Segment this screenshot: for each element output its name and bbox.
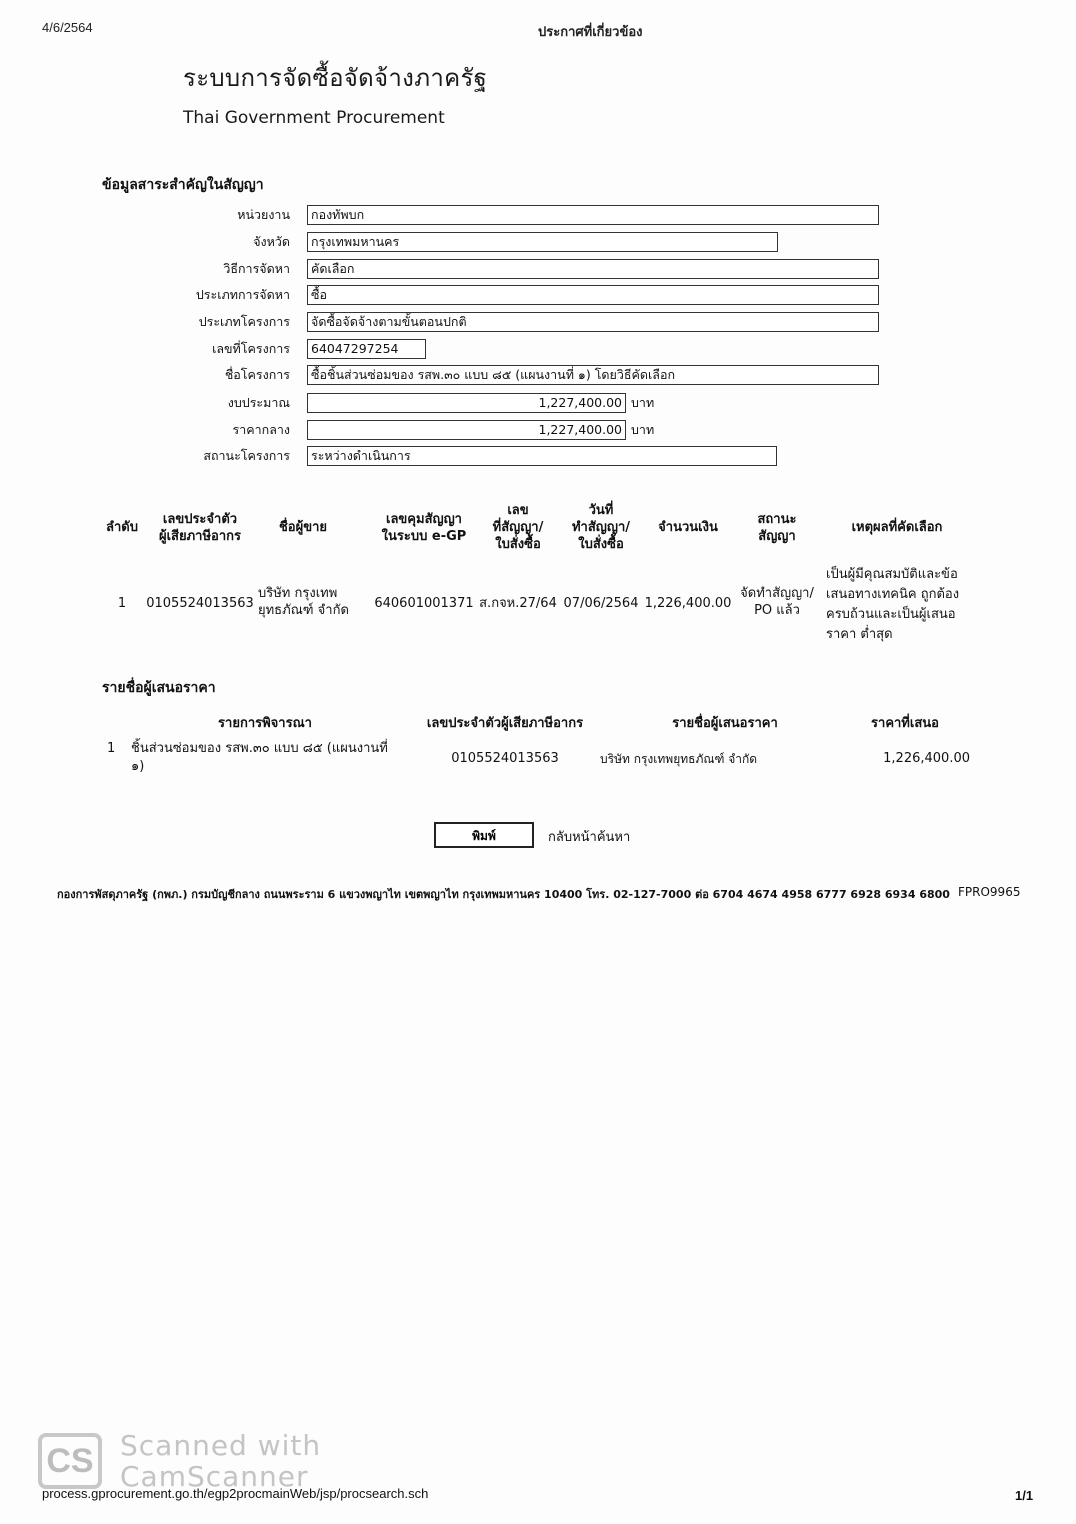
field-row: จังหวัดกรุงเทพมหานคร: [100, 231, 778, 253]
field-row: งบประมาณ1,227,400.00บาท: [100, 392, 654, 414]
award-cell-contract-date: 07/06/2564: [560, 595, 642, 612]
field-row: สถานะโครงการระหว่างดำเนินการ: [100, 445, 777, 467]
field-label: ชื่อโครงการ: [100, 365, 307, 385]
bidder-column-header: รายการพิจารณา: [180, 712, 350, 733]
award-cell-tax-id: 0105524013563: [144, 595, 256, 612]
field-value: ซื้อ: [307, 285, 879, 305]
field-label: จังหวัด: [100, 232, 307, 252]
award-column-header: จำนวนเงิน: [644, 519, 732, 536]
print-date: 4/6/2564: [42, 20, 93, 35]
field-value: จัดซื้อจัดจ้างตามขั้นตอนปกติ: [307, 312, 879, 332]
bidders-heading: รายชื่อผู้เสนอราคา: [102, 677, 216, 699]
award-column-header: เลขประจำตัว ผู้เสียภาษีอากร: [144, 511, 256, 545]
field-value: 1,227,400.00: [307, 393, 626, 413]
bidder-cell-price: 1,226,400.00: [820, 750, 970, 768]
field-label: วิธีการจัดหา: [100, 259, 307, 279]
bidder-cell-bidder: บริษัท กรุงเทพยุทธภัณฑ์ จำกัด: [600, 750, 800, 768]
page-url: process.gprocurement.go.th/egp2procmainW…: [42, 1486, 428, 1501]
field-label: สถานะโครงการ: [100, 446, 307, 466]
field-value: ระหว่างดำเนินการ: [307, 446, 777, 466]
field-label: หน่วยงาน: [100, 205, 307, 225]
field-row: วิธีการจัดหาคัดเลือก: [100, 258, 879, 280]
field-label: ประเภทการจัดหา: [100, 285, 307, 305]
currency-unit: บาท: [631, 420, 654, 440]
footer-address: กองการพัสดุภาครัฐ (กพภ.) กรมบัญชีกลาง ถน…: [57, 885, 950, 903]
print-button[interactable]: พิมพ์: [434, 822, 534, 848]
field-value: คัดเลือก: [307, 259, 879, 279]
field-row: เลขที่โครงการ64047297254: [100, 338, 426, 360]
currency-unit: บาท: [631, 393, 654, 413]
bidder-column-header: ราคาที่เสนอ: [850, 712, 960, 733]
field-label: ประเภทโครงการ: [100, 312, 307, 332]
award-cell-status: จัดทำสัญญา/ PO แล้ว: [736, 585, 818, 619]
award-cell-contract-no: ส.กจห.27/64: [476, 595, 560, 612]
system-title-thai: ระบบการจัดซื้อจัดจ้างภาครัฐ: [183, 58, 487, 97]
camscanner-logo-icon: CS: [38, 1433, 102, 1489]
field-value: 1,227,400.00: [307, 420, 626, 440]
award-column-header: ลำดับ: [100, 519, 144, 536]
award-cell-egp-no: 640601001371: [372, 595, 476, 612]
bidder-cell-item: ชิ้นส่วนซ่อมของ รสพ.๓๐ แบบ ๘๕ (แผนงานที่…: [131, 740, 421, 776]
award-column-header: เลขคุมสัญญา ในระบบ e-GP: [372, 511, 476, 545]
field-row: ประเภทโครงการจัดซื้อจัดจ้างตามขั้นตอนปกต…: [100, 311, 879, 333]
award-cell-reason: เป็นผู้มีคุณสมบัติและข้อ เสนอทางเทคนิค ถ…: [826, 565, 976, 645]
field-label: ราคากลาง: [100, 420, 307, 440]
contract-info-heading: ข้อมูลสาระสำคัญในสัญญา: [102, 174, 264, 196]
field-value: กรุงเทพมหานคร: [307, 232, 778, 252]
award-cell-amount: 1,226,400.00: [644, 595, 732, 612]
bidder-column-header: รายชื่อผู้เสนอราคา: [640, 712, 810, 733]
bidder-cell-tax-id: 0105524013563: [410, 750, 600, 768]
field-row: ชื่อโครงการซื้อชิ้นส่วนซ่อมของ รสพ.๓๐ แบ…: [100, 364, 879, 386]
award-column-header: เลข ที่สัญญา/ ใบสั่งซื้อ: [476, 502, 560, 553]
field-row: ราคากลาง1,227,400.00บาท: [100, 419, 654, 441]
field-row: ประเภทการจัดหาซื้อ: [100, 284, 879, 306]
field-value: กองทัพบก: [307, 205, 879, 225]
award-column-header: สถานะ สัญญา: [736, 511, 818, 545]
field-label: งบประมาณ: [100, 393, 307, 413]
field-value: ซื้อชิ้นส่วนซ่อมของ รสพ.๓๐ แบบ ๘๕ (แผนงา…: [307, 365, 879, 385]
bidder-column-header: เลขประจำตัวผู้เสียภาษีอากร: [410, 712, 600, 733]
system-title-english: Thai Government Procurement: [183, 108, 445, 128]
field-label: เลขที่โครงการ: [100, 339, 307, 359]
print-title: ประกาศที่เกี่ยวข้อง: [538, 21, 642, 42]
award-column-header: วันที่ ทำสัญญา/ ใบสั่งซื้อ: [560, 502, 642, 553]
field-value: 64047297254: [307, 339, 426, 359]
award-cell-vendor: บริษัท กรุงเทพ ยุทธภัณฑ์ จำกัด: [258, 585, 356, 619]
page-number: 1/1: [1015, 1488, 1033, 1503]
bidder-cell-no: 1: [107, 740, 121, 758]
footer-form-code: FPRO9965: [958, 885, 1020, 899]
award-column-header: ชื่อผู้ขาย: [254, 519, 352, 536]
back-to-search-link[interactable]: กลับหน้าค้นหา: [548, 826, 630, 847]
award-cell-no: 1: [100, 595, 144, 612]
award-column-header: เหตุผลที่คัดเลือก: [822, 519, 972, 536]
camscanner-watermark-text: Scanned with CamScanner: [120, 1430, 321, 1492]
field-row: หน่วยงานกองทัพบก: [100, 204, 879, 226]
